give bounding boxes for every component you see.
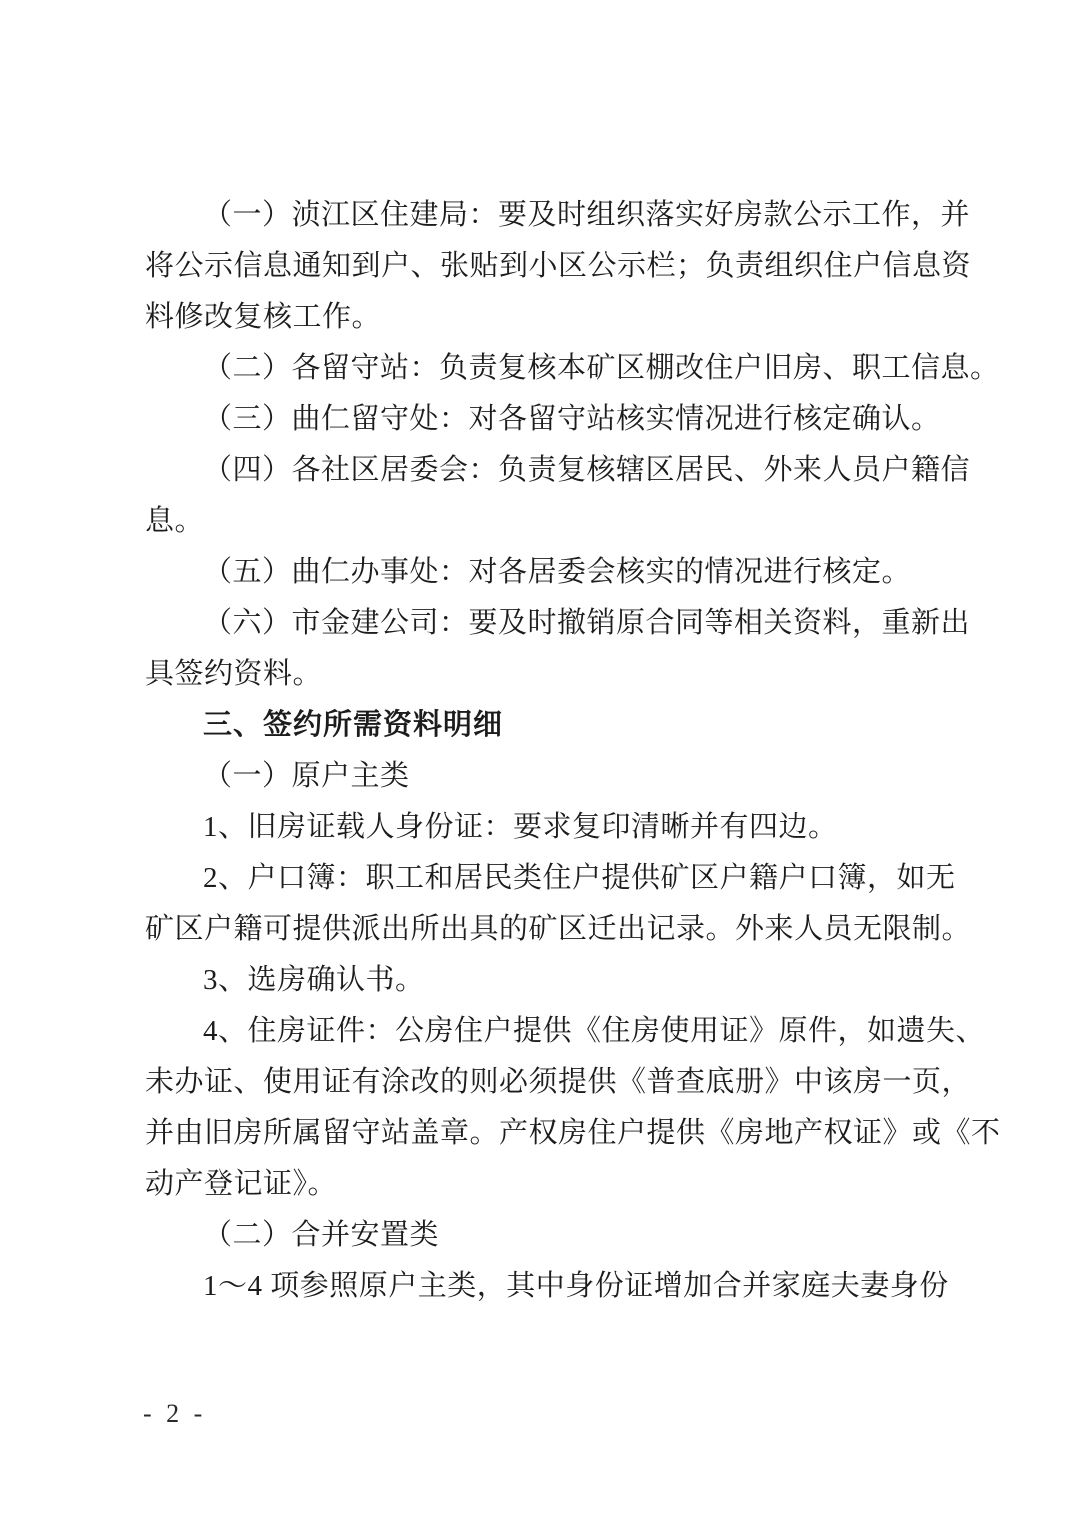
document-line: 矿区户籍可提供派出所出具的矿区迁出记录。外来人员无限制。 <box>145 904 1005 955</box>
document-line: 未办证、使用证有涂改的则必须提供《普查底册》中该房一页， <box>145 1057 1005 1108</box>
section-heading: 三、签约所需资料明细 <box>145 700 1005 751</box>
document-line: （五）曲仁办事处：对各居委会核实的情况进行核定。 <box>145 547 1005 598</box>
document-line: （一）浈江区住建局：要及时组织落实好房款公示工作，并 <box>145 190 1005 241</box>
document-line: （四）各社区居委会：负责复核辖区居民、外来人员户籍信 <box>145 445 1005 496</box>
document-page: （一）浈江区住建局：要及时组织落实好房款公示工作，并将公示信息通知到户、张贴到小… <box>0 0 1080 1526</box>
document-line: 1、旧房证载人身份证：要求复印清晰并有四边。 <box>145 802 1005 853</box>
document-line: 2、户口簿：职工和居民类住户提供矿区户籍户口簿，如无 <box>145 853 1005 904</box>
document-line: 3、选房确认书。 <box>145 955 1005 1006</box>
document-line: （一）原户主类 <box>145 751 1005 802</box>
document-line: 将公示信息通知到户、张贴到小区公示栏；负责组织住户信息资 <box>145 241 1005 292</box>
document-line: （二）各留守站：负责复核本矿区棚改住户旧房、职工信息。 <box>145 343 1005 394</box>
document-line: （六）市金建公司：要及时撤销原合同等相关资料，重新出 <box>145 598 1005 649</box>
document-line: 具签约资料。 <box>145 649 1005 700</box>
document-line: 1～4 项参照原户主类，其中身份证增加合并家庭夫妻身份 <box>145 1261 1005 1312</box>
document-line: 动产登记证》。 <box>145 1159 1005 1210</box>
document-line: 4、住房证件：公房住户提供《住房使用证》原件，如遗失、 <box>145 1006 1005 1057</box>
document-line: 料修改复核工作。 <box>145 292 1005 343</box>
document-body: （一）浈江区住建局：要及时组织落实好房款公示工作，并将公示信息通知到户、张贴到小… <box>145 190 1005 1312</box>
document-line: 并由旧房所属留守站盖章。产权房住户提供《房地产权证》或《不 <box>145 1108 1005 1159</box>
document-line: 息。 <box>145 496 1005 547</box>
document-line: （二）合并安置类 <box>145 1210 1005 1261</box>
document-line: （三）曲仁留守处：对各留守站核实情况进行核定确认。 <box>145 394 1005 445</box>
page-number: - 2 - <box>143 1396 206 1432</box>
